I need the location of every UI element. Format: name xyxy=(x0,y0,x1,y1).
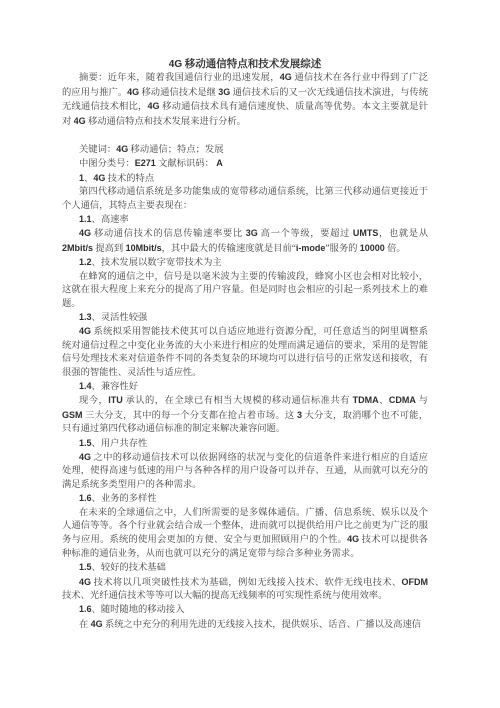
classification-line: 中图分类号：E271 文献标识码： A xyxy=(62,157,428,171)
section-heading: 1.5、较好的技术基础 xyxy=(62,561,428,575)
document-body: 1、4G 技术的特点 第四代移动通信系统是多功能集成的宽带移动通信系统，比第三代… xyxy=(62,172,428,632)
section-heading: 1.5、用户共存性 xyxy=(62,437,428,451)
section-heading: 1.6、业务的多样性 xyxy=(62,492,428,506)
section-heading: 1、4G 技术的特点 xyxy=(62,172,428,186)
section-heading: 1.4、兼容性好 xyxy=(62,380,428,394)
body-paragraph: 在未来的全球通信之中，人们所需要的是多媒体通信。广播、信息系统、娱乐以及个人通信… xyxy=(62,507,428,562)
body-paragraph: 在蜂窝的通信之中，信号是以毫米波为主要的传输波段，蜂窝小区也会相对比较小，这就在… xyxy=(62,271,428,311)
section-heading: 1.2、技术发展以数字宽带技术为主 xyxy=(62,256,428,270)
abstract-paragraph: 摘要：近年来，随着我国通信行业的迅速发展，4G 通信技术在各行业中得到了广泛的应… xyxy=(62,71,428,129)
body-paragraph: 第四代移动通信系统是多功能集成的宽带移动通信系统，比第三代移动通信更接近于个人通… xyxy=(62,186,428,213)
body-paragraph: 现今，ITU 承认的，在全球已有相当大规模的移动通信标准共有 TDMA、CDMA… xyxy=(62,394,428,436)
body-paragraph: 4G 之中的移动通信技术可以依据网络的状况与变化的信道条件来进行相应的自适应处理… xyxy=(62,451,428,492)
body-paragraph: 在 4G 系统之中充分的利用先进的无线接入技术，提供娱乐、话音、广播以及高速信 xyxy=(62,618,428,632)
body-paragraph: 4G 技术将以几项突破性技术为基础，例如无线接入技术、软件无线电技术、OFDM … xyxy=(62,576,428,604)
document-page: 4G 移动通信特点和技术发展综述 摘要：近年来，随着我国通信行业的迅速发展，4G… xyxy=(0,0,500,708)
meta-lines: 关键词：4G 移动通信；特点；发展 中图分类号：E271 文献标识码： A xyxy=(62,143,428,172)
body-paragraph: 4G 移动通信技术的信息传输速率要比 3G 高一个等级，要超过 UMTS，也就是… xyxy=(62,227,428,256)
body-paragraph: 4G 系统拟采用智能技术使其可以自适应地进行资源分配，可任意适当的阿里调整系统对… xyxy=(62,325,428,380)
section-heading: 1.3、灵活性较强 xyxy=(62,311,428,325)
page-title: 4G 移动通信特点和技术发展综述 xyxy=(62,58,428,71)
section-heading: 1.1、高速率 xyxy=(62,213,428,227)
section-heading: 1.6、随时随地的移动接入 xyxy=(62,603,428,617)
keywords-line: 关键词：4G 移动通信；特点；发展 xyxy=(62,143,428,157)
